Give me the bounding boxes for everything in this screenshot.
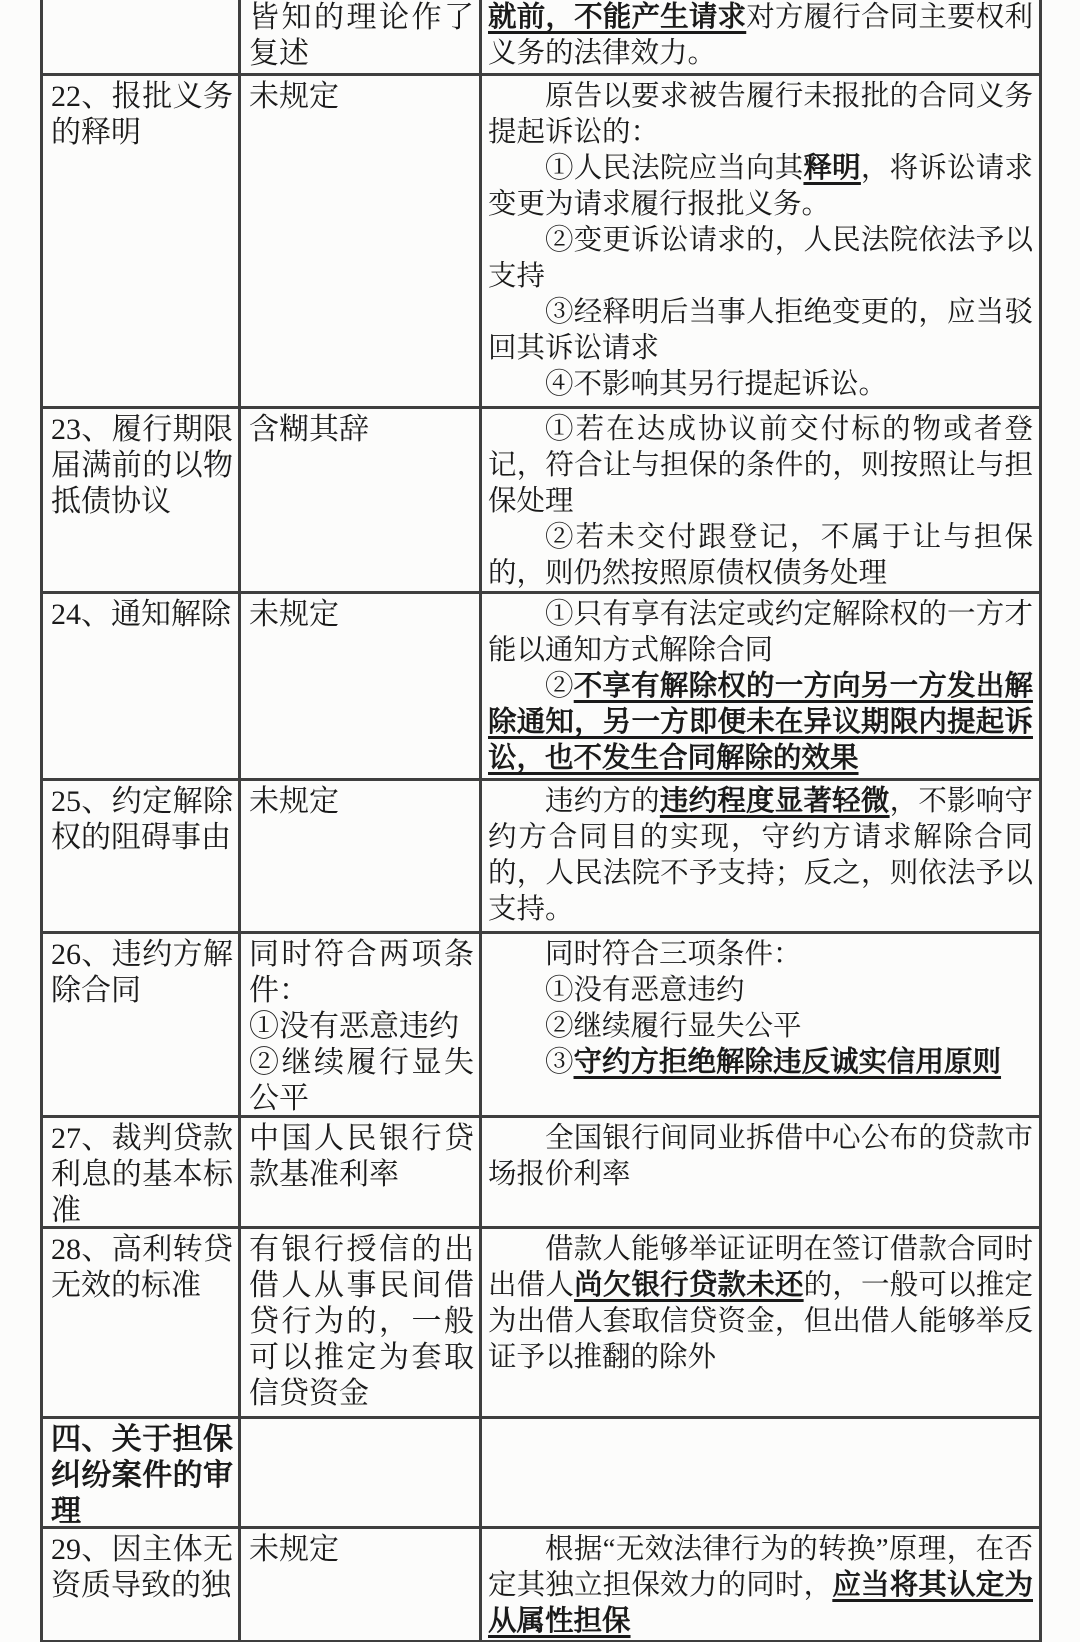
paragraph: ①没有恶意违约	[249, 1009, 474, 1045]
paragraph: ②变更诉讼请求的，人民法院依法予以支持	[488, 223, 1033, 295]
paragraph: 皆知的理论作了复述	[249, 0, 474, 72]
cell-new-rule	[482, 1419, 1039, 1526]
paragraph: 未规定	[249, 79, 474, 115]
cell-topic: 28、高利转贷无效的标准	[43, 1229, 241, 1416]
text-run: ②变更诉讼请求的，人民法院依法予以支持	[488, 225, 1033, 292]
paragraph: 原告以要求被告履行未报批的合同义务提起诉讼的：	[488, 79, 1033, 151]
text-run: 违约方的	[545, 786, 660, 817]
row-22: 22、报批义务的释明未规定原告以要求被告履行未报批的合同义务提起诉讼的：①人民法…	[43, 76, 1039, 409]
cell-new-rule: 原告以要求被告履行未报批的合同义务提起诉讼的：①人民法院应当向其释明，将诉讼请求…	[482, 76, 1039, 406]
cell-old-rule: 同时符合两项条件：①没有恶意违约②继续履行显失公平	[241, 934, 482, 1115]
text-run: 未规定	[249, 80, 339, 113]
paragraph: 四、关于担保纠纷案件的审理	[51, 1422, 233, 1526]
text-run: 22、报批义务的释明	[51, 80, 233, 149]
paragraph: 中国人民银行贷款基准利率	[249, 1121, 474, 1193]
paragraph: ①人民法院应当向其释明，将诉讼请求变更为请求履行报批义务。	[488, 151, 1033, 223]
paragraph: 未规定	[249, 1532, 474, 1568]
text-run: 28、高利转贷无效的标准	[51, 1233, 233, 1302]
emphasized-text: 就前，不能产生请求	[488, 2, 746, 33]
text-run: 同时符合三项条件：	[545, 939, 802, 970]
paragraph: ②继续履行显失公平	[488, 1009, 1033, 1045]
paragraph: 同时符合两项条件：	[249, 937, 474, 1009]
cell-topic: 四、关于担保纠纷案件的审理	[43, 1419, 241, 1526]
text-run: ④不影响其另行提起诉讼。	[545, 369, 887, 400]
cell-topic: 24、通知解除	[43, 594, 241, 778]
paragraph: 违约方的违约程度显著轻微，不影响守约方合同目的实现，守约方请求解除合同的，人民法…	[488, 784, 1033, 928]
text-run: 未规定	[249, 598, 339, 631]
text-run: 皆知的理论作了复述	[249, 1, 474, 70]
row-26: 26、违约方解除合同同时符合两项条件：①没有恶意违约②继续履行显失公平同时符合三…	[43, 934, 1039, 1118]
text-run: ①没有恶意违约	[545, 975, 745, 1006]
row-23: 23、履行期限届满前的以物抵债协议含糊其辞①若在达成协议前交付标的物或者登记，符…	[43, 409, 1039, 594]
text-run: 25、约定解除权的阻碍事由	[51, 785, 233, 854]
text-run: ②继续履行显失公平	[249, 1046, 474, 1115]
cell-topic: 25、约定解除权的阻碍事由	[43, 781, 241, 931]
cell-old-rule: 中国人民银行贷款基准利率	[241, 1118, 482, 1226]
row-section-4: 四、关于担保纠纷案件的审理	[43, 1419, 1039, 1529]
comparison-table: 皆知的理论作了复述就前，不能产生请求对方履行合同主要权利义务的法律效力。22、报…	[40, 0, 1042, 1642]
paragraph: 27、裁判贷款利息的基本标准	[51, 1121, 233, 1226]
cell-old-rule: 有银行授信的出借人从事民间借贷行为的，一般可以推定为套取信贷资金	[241, 1229, 482, 1416]
cell-topic: 22、报批义务的释明	[43, 76, 241, 406]
text-run: 29、因主体无资质导致的独	[51, 1533, 233, 1602]
row-27: 27、裁判贷款利息的基本标准中国人民银行贷款基准利率全国银行间同业拆借中心公布的…	[43, 1118, 1039, 1229]
row-29: 29、因主体无资质导致的独未规定根据“无效法律行为的转换”原理，在否定其独立担保…	[43, 1529, 1039, 1642]
text-run: 全国银行间同业拆借中心公布的贷款市场报价利率	[488, 1123, 1033, 1190]
text-run: ②若未交付跟登记，不属于让与担保的，则仍然按照原债权债务处理	[488, 522, 1033, 589]
cell-topic: 29、因主体无资质导致的独	[43, 1529, 241, 1640]
row-25: 25、约定解除权的阻碍事由未规定违约方的违约程度显著轻微，不影响守约方合同目的实…	[43, 781, 1039, 934]
text-run: ①人民法院应当向其	[545, 153, 803, 184]
paragraph: ③经释明后当事人拒绝变更的，应当驳回其诉讼请求	[488, 295, 1033, 367]
row-28: 28、高利转贷无效的标准有银行授信的出借人从事民间借贷行为的，一般可以推定为套取…	[43, 1229, 1039, 1419]
paragraph: 未规定	[249, 784, 474, 820]
text-run: 26、违约方解除合同	[51, 938, 233, 1007]
paragraph: 借款人能够举证证明在签订借款合同时出借人尚欠银行贷款未还的，一般可以推定为出借人…	[488, 1232, 1033, 1376]
row-24: 24、通知解除未规定①只有享有法定或约定解除权的一方才能以通知方式解除合同②不享…	[43, 594, 1039, 781]
paragraph: 23、履行期限届满前的以物抵债协议	[51, 412, 233, 520]
text-run: 27、裁判贷款利息的基本标准	[51, 1122, 233, 1226]
text-run: ③	[545, 1047, 574, 1078]
paragraph: 22、报批义务的释明	[51, 79, 233, 151]
text-run: 24、通知解除	[51, 598, 231, 631]
text-run: ②	[545, 671, 574, 702]
paragraph: 就前，不能产生请求对方履行合同主要权利义务的法律效力。	[488, 0, 1033, 72]
paragraph: 24、通知解除	[51, 597, 233, 633]
text-run: 含糊其辞	[249, 413, 369, 446]
paragraph: ①只有享有法定或约定解除权的一方才能以通知方式解除合同	[488, 597, 1033, 669]
cell-old-rule	[241, 1419, 482, 1526]
cell-new-rule: 就前，不能产生请求对方履行合同主要权利义务的法律效力。	[482, 0, 1039, 73]
text-run: ①只有享有法定或约定解除权的一方才能以通知方式解除合同	[488, 599, 1033, 666]
text-run: ②继续履行显失公平	[545, 1011, 802, 1042]
text-run: 未规定	[249, 1533, 339, 1566]
paragraph: 全国银行间同业拆借中心公布的贷款市场报价利率	[488, 1121, 1033, 1193]
text-run: ③经释明后当事人拒绝变更的，应当驳回其诉讼请求	[488, 297, 1033, 364]
emphasized-text: 违约程度显著轻微	[660, 786, 890, 817]
cell-new-rule: 根据“无效法律行为的转换”原理，在否定其独立担保效力的同时，应当将其认定为从属性…	[482, 1529, 1039, 1640]
cell-old-rule: 未规定	[241, 594, 482, 778]
paragraph: 未规定	[249, 597, 474, 633]
cell-new-rule: ①若在达成协议前交付标的物或者登记，符合让与担保的条件的，则按照让与担保处理②若…	[482, 409, 1039, 591]
cell-topic: 23、履行期限届满前的以物抵债协议	[43, 409, 241, 591]
text-run: 原告以要求被告履行未报批的合同义务提起诉讼的：	[488, 81, 1033, 148]
paragraph: ④不影响其另行提起诉讼。	[488, 367, 1033, 403]
cell-new-rule: 同时符合三项条件：①没有恶意违约②继续履行显失公平③守约方拒绝解除违反诚实信用原…	[482, 934, 1039, 1115]
paragraph: 根据“无效法律行为的转换”原理，在否定其独立担保效力的同时，应当将其认定为从属性…	[488, 1532, 1033, 1640]
text-run: ①若在达成协议前交付标的物或者登记，符合让与担保的条件的，则按照让与担保处理	[488, 414, 1033, 517]
cell-topic: 27、裁判贷款利息的基本标准	[43, 1118, 241, 1226]
cell-new-rule: 违约方的违约程度显著轻微，不影响守约方合同目的实现，守约方请求解除合同的，人民法…	[482, 781, 1039, 931]
row-21-continuation: 皆知的理论作了复述就前，不能产生请求对方履行合同主要权利义务的法律效力。	[43, 0, 1039, 76]
cell-old-rule: 未规定	[241, 1529, 482, 1640]
text-run: 同时符合两项条件：	[249, 938, 474, 1007]
paragraph: 同时符合三项条件：	[488, 937, 1033, 973]
text-run: ①没有恶意违约	[249, 1010, 459, 1043]
cell-new-rule: 全国银行间同业拆借中心公布的贷款市场报价利率	[482, 1118, 1039, 1226]
paragraph: ①没有恶意违约	[488, 973, 1033, 1009]
emphasized-text: 尚欠银行贷款未还	[574, 1270, 804, 1301]
paragraph: 29、因主体无资质导致的独	[51, 1532, 233, 1604]
cell-old-rule: 含糊其辞	[241, 409, 482, 591]
cell-new-rule: ①只有享有法定或约定解除权的一方才能以通知方式解除合同②不享有解除权的一方向另一…	[482, 594, 1039, 778]
paragraph: ②继续履行显失公平	[249, 1045, 474, 1115]
text-run: 23、履行期限届满前的以物抵债协议	[51, 413, 233, 518]
cell-topic: 26、违约方解除合同	[43, 934, 241, 1115]
paragraph: 有银行授信的出借人从事民间借贷行为的，一般可以推定为套取信贷资金	[249, 1232, 474, 1412]
cell-old-rule: 皆知的理论作了复述	[241, 0, 482, 73]
scanned-document-page: 皆知的理论作了复述就前，不能产生请求对方履行合同主要权利义务的法律效力。22、报…	[0, 0, 1080, 1642]
paragraph: ③守约方拒绝解除违反诚实信用原则	[488, 1045, 1033, 1081]
paragraph: ①若在达成协议前交付标的物或者登记，符合让与担保的条件的，则按照让与担保处理	[488, 412, 1033, 520]
emphasized-text: 释明	[803, 153, 860, 184]
cell-new-rule: 借款人能够举证证明在签订借款合同时出借人尚欠银行贷款未还的，一般可以推定为出借人…	[482, 1229, 1039, 1416]
paragraph: 25、约定解除权的阻碍事由	[51, 784, 233, 856]
cell-topic	[43, 0, 241, 73]
emphasized-text: 四、关于担保纠纷案件的审理	[51, 1423, 233, 1526]
paragraph: 含糊其辞	[249, 412, 474, 448]
emphasized-text: 守约方拒绝解除违反诚实信用原则	[574, 1047, 1002, 1078]
text-run: 有银行授信的出借人从事民间借贷行为的，一般可以推定为套取信贷资金	[249, 1233, 474, 1410]
text-run: 中国人民银行贷款基准利率	[249, 1122, 474, 1191]
text-run: 未规定	[249, 785, 339, 818]
paragraph: ②不享有解除权的一方向另一方发出解除通知，另一方即便未在异议期限内提起诉讼，也不…	[488, 669, 1033, 777]
paragraph: 26、违约方解除合同	[51, 937, 233, 1009]
cell-old-rule: 未规定	[241, 781, 482, 931]
paragraph: 28、高利转贷无效的标准	[51, 1232, 233, 1304]
cell-old-rule: 未规定	[241, 76, 482, 406]
paragraph: ②若未交付跟登记，不属于让与担保的，则仍然按照原债权债务处理	[488, 520, 1033, 591]
